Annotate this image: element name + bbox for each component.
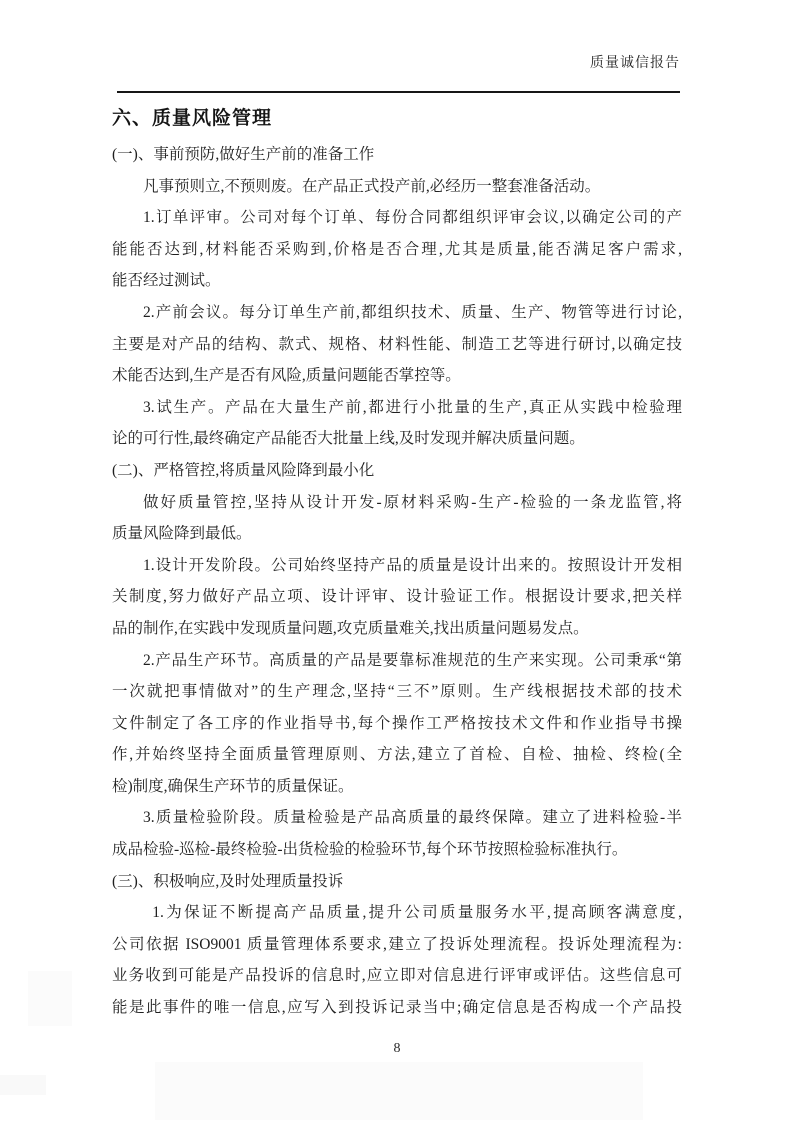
text-line: 1.订单评审。公司对每个订单、每份合同都组织评审会议,以确定公司的产	[112, 202, 682, 234]
scan-artifact	[155, 1062, 643, 1120]
text-line: (一)、事前预防,做好生产前的准备工作	[112, 139, 682, 171]
text-line: 质量风险降到最低。	[112, 518, 682, 550]
text-line: 业务收到可能是产品投诉的信息时,应立即对信息进行评审或评估。这些信息可	[112, 960, 682, 992]
scan-artifact	[28, 971, 72, 1026]
text-line: 3.试生产。产品在大量生产前,都进行小批量的生产,真正从实践中检验理	[112, 392, 682, 424]
text-line: 3.质量检验阶段。质量检验是产品高质量的最终保障。建立了进料检验-半	[112, 802, 682, 834]
text-line: 论的可行性,最终确定产品能否大批量上线,及时发现并解决质量问题。	[112, 423, 682, 455]
scan-artifact	[0, 1075, 46, 1095]
body-text: (一)、事前预防,做好生产前的准备工作凡事预则立,不预则废。在产品正式投产前,必…	[112, 139, 682, 1024]
text-line: 做好质量管控,坚持从设计开发-原材料采购-生产-检验的一条龙监管,将	[112, 487, 682, 519]
text-line: 能是此事件的唯一信息,应写入到投诉记录当中;确定信息是否构成一个产品投	[112, 992, 682, 1024]
running-header: 质量诚信报告	[112, 52, 680, 72]
text-line: 1.为保证不断提高产品质量,提升公司质量服务水平,提高顾客满意度,	[112, 897, 682, 929]
text-line: 主要是对产品的结构、款式、规格、材料性能、制造工艺等进行研讨,以确定技	[112, 329, 682, 361]
text-line: (二)、严格管控,将质量风险降到最小化	[112, 455, 682, 487]
text-line: 凡事预则立,不预则废。在产品正式投产前,必经历一整套准备活动。	[112, 171, 682, 203]
text-line: 文件制定了各工序的作业指导书,每个操作工严格按技术文件和作业指导书操	[112, 708, 682, 740]
text-line: 2.产前会议。每分订单生产前,都组织技术、质量、生产、物管等进行讨论,	[112, 297, 682, 329]
text-line: 1.设计开发阶段。公司始终坚持产品的质量是设计出来的。按照设计开发相	[112, 550, 682, 582]
page-number: 8	[112, 1041, 682, 1057]
text-line: 术能否达到,生产是否有风险,质量问题能否掌控等。	[112, 360, 682, 392]
text-line: 作,并始终坚持全面质量管理原则、方法,建立了首检、自检、抽检、终检(全	[112, 739, 682, 771]
header-rule	[117, 91, 680, 93]
text-line: 公司依据 ISO9001 质量管理体系要求,建立了投诉处理流程。投诉处理流程为:	[112, 929, 682, 961]
section-title: 六、质量风险管理	[112, 103, 272, 130]
text-line: 品的制作,在实践中发现质量问题,攻克质量难关,找出质量问题易发点。	[112, 613, 682, 645]
text-line: (三)、积极响应,及时处理质量投诉	[112, 866, 682, 898]
text-line: 2.产品生产环节。高质量的产品是要靠标准规范的生产来实现。公司秉承“第	[112, 645, 682, 677]
text-line: 检)制度,确保生产环节的质量保证。	[112, 771, 682, 803]
text-line: 关制度,努力做好产品立项、设计评审、设计验证工作。根据设计要求,把关样	[112, 581, 682, 613]
text-line: 成品检验-巡检-最终检验-出货检验的检验环节,每个环节按照检验标准执行。	[112, 834, 682, 866]
text-line: 能能否达到,材料能否采购到,价格是否合理,尤其是质量,能否满足客户需求,	[112, 234, 682, 266]
text-line: 能否经过测试。	[112, 265, 682, 297]
document-page: 质量诚信报告 六、质量风险管理 (一)、事前预防,做好生产前的准备工作凡事预则立…	[0, 0, 800, 1131]
text-line: 一次就把事情做对”的生产理念,坚持“三不”原则。生产线根据技术部的技术	[112, 676, 682, 708]
